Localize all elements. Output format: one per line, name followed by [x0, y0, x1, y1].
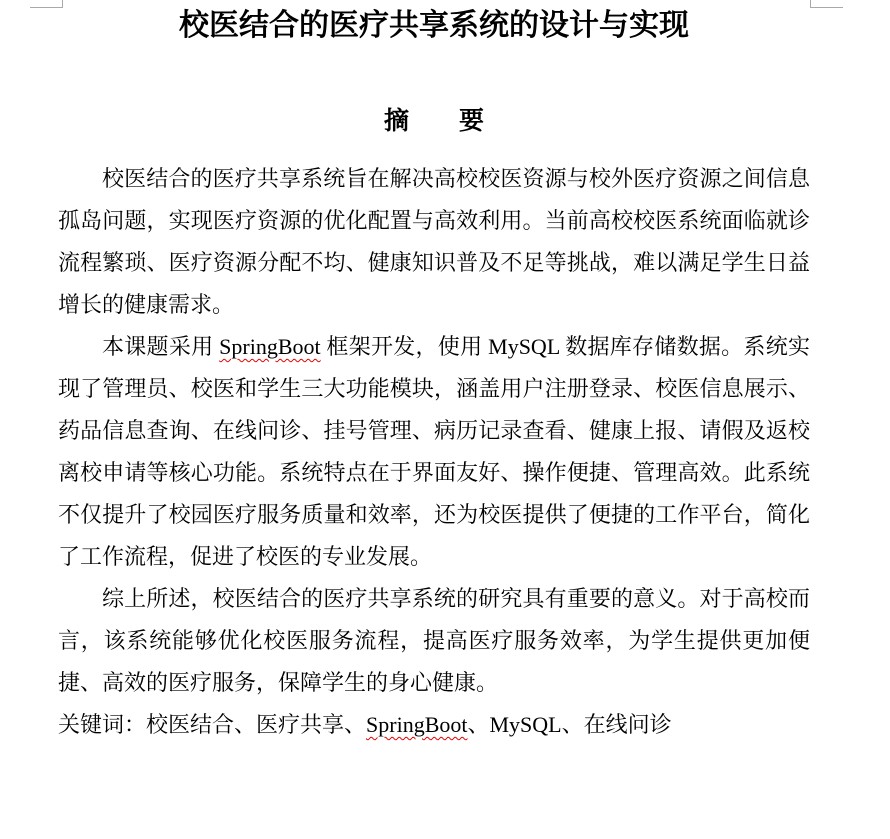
paragraph-keywords: 关键词：校医结合、医疗共享、SpringBoot、MySQL、在线问诊	[58, 704, 810, 746]
text-boundary-mark-top-right-vertical	[810, 0, 811, 8]
text-boundary-mark-top-right-horizontal	[810, 7, 843, 8]
paragraph-intro-text: 校医结合的医疗共享系统旨在解决高校校医资源与校外医疗资源之间信息孤岛问题，实现医…	[58, 166, 810, 317]
abstract-body: 校医结合的医疗共享系统旨在解决高校校医资源与校外医疗资源之间信息孤岛问题，实现医…	[58, 158, 810, 746]
paragraph-system: 本课题采用 SpringBoot 框架开发，使用 MySQL 数据库存储数据。系…	[58, 326, 810, 578]
document-title: 校医结合的医疗共享系统的设计与实现	[58, 5, 810, 47]
paragraph-intro: 校医结合的医疗共享系统旨在解决高校校医资源与校外医疗资源之间信息孤岛问题，实现医…	[58, 158, 810, 326]
document-page: 校医结合的医疗共享系统的设计与实现 摘 要 校医结合的医疗共享系统旨在解决高校校…	[0, 0, 890, 839]
paragraph-system-text-before: 本课题采用	[102, 334, 219, 359]
keywords-springboot-misspelled-term: SpringBoot	[366, 712, 467, 737]
keywords-text-after: 、MySQL、在线问诊	[467, 712, 671, 737]
springboot-misspelled-term: SpringBoot	[219, 334, 320, 359]
paragraph-system-text-after: 框架开发，使用 MySQL 数据库存储数据。系统实现了管理员、校医和学生三大功能…	[58, 334, 810, 569]
paragraph-conclusion-text: 综上所述，校医结合的医疗共享系统的研究具有重要的意义。对于高校而言，该系统能够优…	[58, 586, 810, 695]
paragraph-conclusion: 综上所述，校医结合的医疗共享系统的研究具有重要的意义。对于高校而言，该系统能够优…	[58, 578, 810, 704]
abstract-heading: 摘 要	[58, 104, 810, 138]
document-content: 校医结合的医疗共享系统的设计与实现 摘 要 校医结合的医疗共享系统旨在解决高校校…	[58, 0, 810, 746]
keywords-text-before: 关键词：校医结合、医疗共享、	[58, 712, 366, 737]
